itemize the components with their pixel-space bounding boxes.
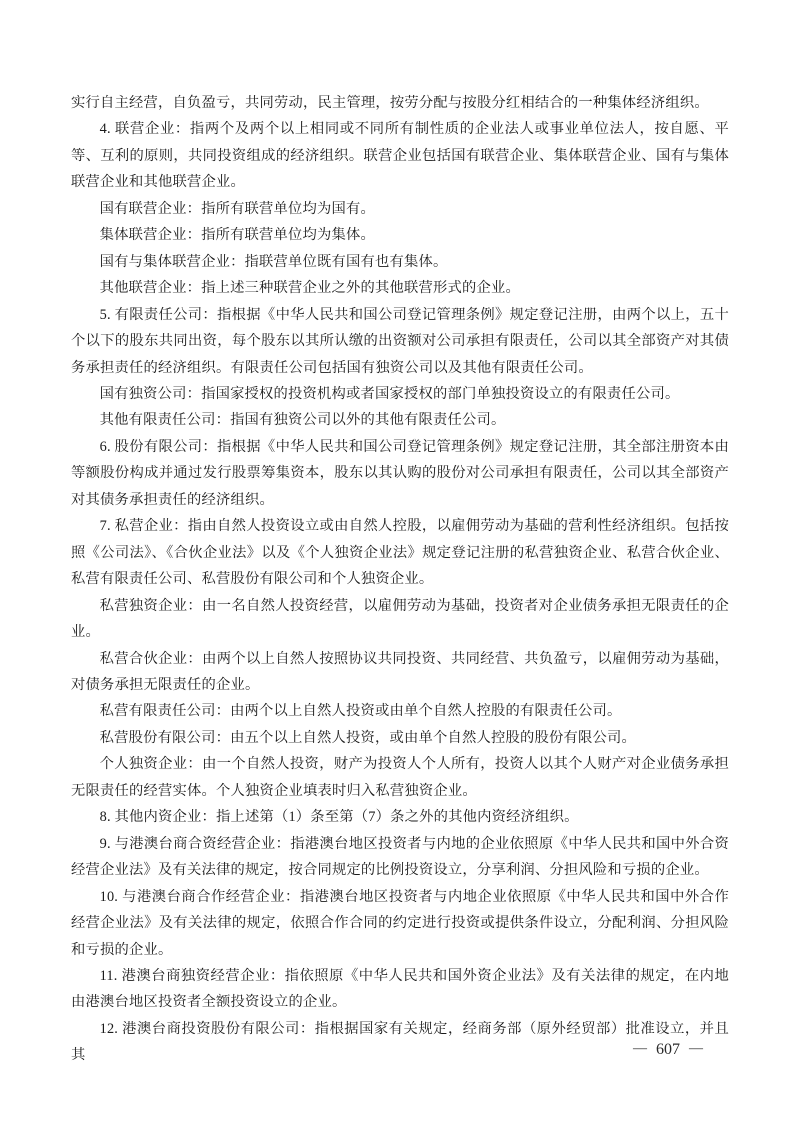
paragraph: 其他有限责任公司：指国有独资公司以外的其他有限责任公司。 xyxy=(71,407,729,433)
paragraph: 9. 与港澳台商合资经营企业：指港澳台地区投资者与内地的企业依照原《中华人民共和… xyxy=(71,831,729,884)
paragraph: 11. 港澳台商独资经营企业：指依照原《中华人民共和国外资企业法》及有关法律的规… xyxy=(71,963,729,1016)
paragraph: 4. 联营企业：指两个及两个以上相同或不同所有制性质的企业法人或事业单位法人，按… xyxy=(71,116,729,195)
paragraph: 8. 其他内资企业：指上述第（1）条至第（7）条之外的其他内资经济组织。 xyxy=(71,804,729,830)
paragraph: 私营有限责任公司：由两个以上自然人投资或由单个自然人控股的有限责任公司。 xyxy=(71,698,729,724)
paragraph: 集体联营企业：指所有联营单位均为集体。 xyxy=(71,222,729,248)
paragraph: 国有独资公司：指国家授权的投资机构或者国家授权的部门单独投资设立的有限责任公司。 xyxy=(71,381,729,407)
paragraph: 国有联营企业：指所有联营单位均为国有。 xyxy=(71,196,729,222)
document-body: 实行自主经营，自负盈亏，共同劳动，民主管理，按劳分配与按股分红相结合的一种集体经… xyxy=(71,90,729,1069)
paragraph: 私营合伙企业：由两个以上自然人按照协议共同投资、共同经营、共负盈亏，以雇佣劳动为… xyxy=(71,646,729,699)
paragraph: 实行自主经营，自负盈亏，共同劳动，民主管理，按劳分配与按股分红相结合的一种集体经… xyxy=(71,90,729,116)
page-number: 607 xyxy=(656,1041,680,1059)
paragraph: 国有与集体联营企业：指联营单位既有国有也有集体。 xyxy=(71,249,729,275)
paragraph: 私营独资企业：由一名自然人投资经营，以雇佣劳动为基础，投资者对企业债务承担无限责… xyxy=(71,593,729,646)
paragraph: 个人独资企业：由一个自然人投资，财产为投资人个人所有，投资人以其个人财产对企业债… xyxy=(71,751,729,804)
paragraph: 5. 有限责任公司：指根据《中华人民共和国公司登记管理条例》规定登记注册，由两个… xyxy=(71,302,729,381)
paragraph: 其他联营企业：指上述三种联营企业之外的其他联营形式的企业。 xyxy=(71,275,729,301)
paragraph: 6. 股份有限公司：指根据《中华人民共和国公司登记管理条例》规定登记注册，其全部… xyxy=(71,434,729,513)
paragraph: 私营股份有限公司：由五个以上自然人投资，或由单个自然人控股的股份有限公司。 xyxy=(71,725,729,751)
paragraph: 10. 与港澳台商合作经营企业：指港澳台地区投资者与内地企业依照原《中华人民共和… xyxy=(71,884,729,963)
paragraph: 12. 港澳台商投资股份有限公司：指根据国家有关规定，经商务部（原外经贸部）批准… xyxy=(71,1016,729,1069)
footer-left-dash: — xyxy=(633,1041,647,1057)
document-page: 实行自主经营，自负盈亏，共同劳动，民主管理，按劳分配与按股分红相结合的一种集体经… xyxy=(0,0,793,1122)
paragraph: 7. 私营企业：指由自然人投资设立或由自然人控股，以雇佣劳动为基础的营利性经济组… xyxy=(71,513,729,592)
page-footer: — 607 — xyxy=(633,1041,703,1059)
footer-right-dash: — xyxy=(689,1041,703,1057)
